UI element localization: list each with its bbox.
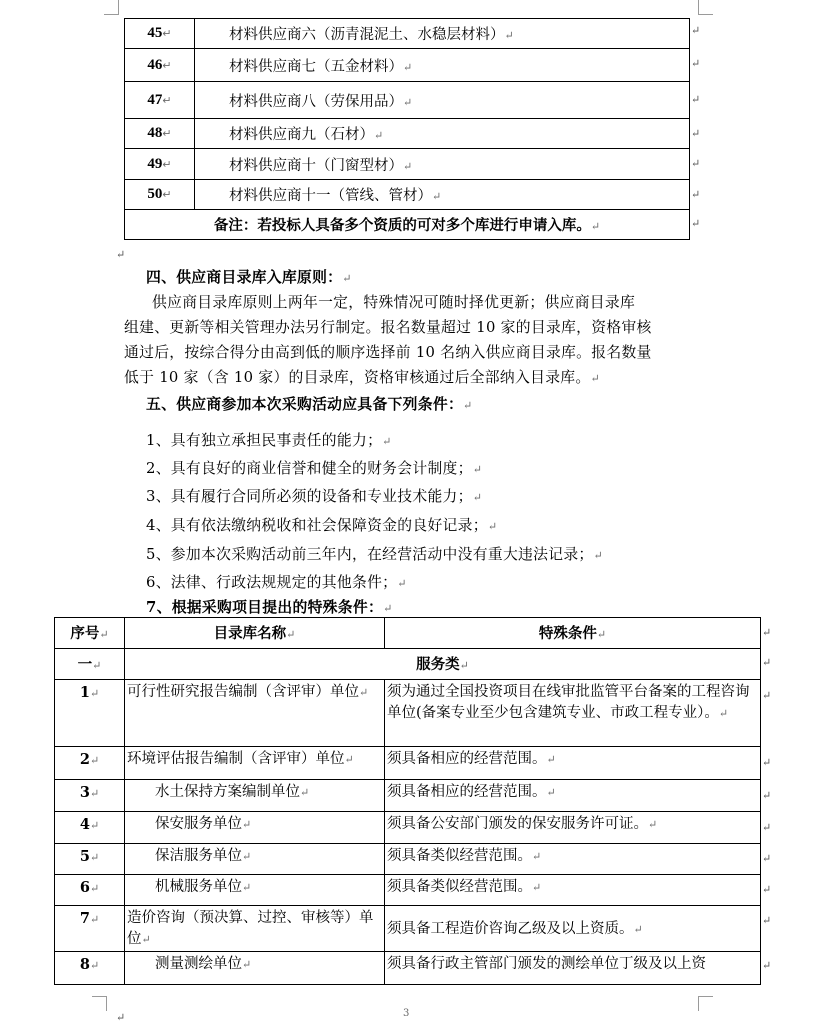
section5-heading: 五、供应商参加本次采购活动应具备下列条件：↵ xyxy=(146,393,473,414)
section4-line: 供应商目录库原则上两年一定，特殊情况可随时择优更新；供应商目录库 xyxy=(152,291,635,312)
section7-heading: 7、根据采购项目提出的特殊条件：↵ xyxy=(146,596,393,617)
row-number: 48 xyxy=(147,125,162,141)
catalog-name: 造价咨询（预决算、过控、审核等）单位 xyxy=(127,910,374,947)
special-condition: 须具备类似经营范围。 xyxy=(387,879,532,895)
table-note-row: 备注：若投标人具备多个资质的可对多个库进行申请入库。↵ xyxy=(125,210,690,240)
condition-item: 6、法律、行政法规规定的其他条件；↵ xyxy=(146,571,407,592)
row-end-mark: ↵ xyxy=(691,158,700,169)
row-number: 46 xyxy=(147,57,162,73)
supplier-name: 材料供应商九（石材） xyxy=(229,127,374,143)
special-condition: 须为通过全国投资项目在线审批监管平台备案的工程咨询单位(备案专业至少包含建筑专业… xyxy=(387,684,750,721)
group-row: 一↵ 服务类↵ xyxy=(55,649,761,680)
table-row: 50↵ 材料供应商十一（管线、管材）↵ xyxy=(125,180,690,210)
catalog-name: 保洁服务单位 xyxy=(155,848,242,864)
row-end-mark: ↵ xyxy=(762,822,771,833)
table-row: 47↵ 材料供应商八（劳保用品）↵ xyxy=(125,82,690,119)
row-end-mark: ↵ xyxy=(762,790,771,801)
supplier-name: 材料供应商八（劳保用品） xyxy=(229,94,403,110)
row-end-mark: ↵ xyxy=(691,58,700,69)
table-row: 49↵ 材料供应商十（门窗型材）↵ xyxy=(125,149,690,180)
condition-item: 5、参加本次采购活动前三年内，在经营活动中没有重大违法记录；↵ xyxy=(146,543,603,564)
supplier-name: 材料供应商六（沥青混泥土、水稳层材料） xyxy=(229,27,505,43)
row-number: 49 xyxy=(147,156,162,172)
section4-line: 组建、更新等相关管理办法另行制定。报名数量超过 10 家的目录库，资格审核 xyxy=(124,316,652,337)
row-end-mark: ↵ xyxy=(762,960,771,971)
catalog-name: 测量测绘单位 xyxy=(155,956,242,972)
row-end-mark: ↵ xyxy=(762,853,771,864)
special-condition: 须具备类似经营范围。 xyxy=(387,848,532,864)
row-end-mark: ↵ xyxy=(691,189,700,200)
row-number: 45 xyxy=(147,25,162,41)
table-row: 8↵ 测量测绘单位↵ 须具备行政主管部门颁发的测绘单位丁级及以上资 xyxy=(55,952,761,985)
table-row: 48↵ 材料供应商九（石材）↵ xyxy=(125,119,690,149)
table-note: 备注：若投标人具备多个资质的可对多个库进行申请入库。 xyxy=(214,217,591,234)
header-num: 序号↵ xyxy=(55,618,125,649)
catalog-name: 可行性研究报告编制（含评审）单位 xyxy=(127,684,359,700)
special-condition: 须具备相应的经营范围。 xyxy=(387,784,547,800)
table-row: 7↵ 造价咨询（预决算、过控、审核等）单位↵ 须具备工程造价咨询乙级及以上资质。… xyxy=(55,906,761,952)
row-end-mark: ↵ xyxy=(762,627,771,638)
crop-mark-bottom-right xyxy=(698,996,713,1011)
row-end-mark: ↵ xyxy=(691,25,700,36)
table-row: 1↵ 可行性研究报告编制（含评审）单位↵ 须为通过全国投资项目在线审批监管平台备… xyxy=(55,680,761,747)
condition-item: 4、具有依法缴纳税收和社会保障资金的良好记录；↵ xyxy=(146,514,497,535)
table-row: 45↵ 材料供应商六（沥青混泥土、水稳层材料）↵ xyxy=(125,19,690,49)
supplier-name: 材料供应商十一（管线、管材） xyxy=(229,188,432,204)
table-row: 46↵ 材料供应商七（五金材料）↵ xyxy=(125,49,690,82)
row-end-mark: ↵ xyxy=(762,657,771,668)
special-conditions-table: 序号↵ 目录库名称↵ 特殊条件↵ 一↵ 服务类↵ 1↵ 可行性研究报告编制（含评… xyxy=(54,617,761,985)
paragraph-mark: ↵ xyxy=(116,249,125,260)
supplier-name: 材料供应商七（五金材料） xyxy=(229,59,403,75)
table-row: 3↵ 水土保持方案编制单位↵ 须具备相应的经营范围。↵ xyxy=(55,780,761,812)
catalog-name: 机械服务单位 xyxy=(155,879,242,895)
crop-mark-top-left xyxy=(104,0,119,15)
row-end-mark: ↵ xyxy=(762,757,771,768)
section4-heading: 四、供应商目录库入库原则：↵ xyxy=(146,266,352,287)
row-end-mark: ↵ xyxy=(691,94,700,105)
row-end-mark: ↵ xyxy=(691,218,700,229)
catalog-name: 水土保持方案编制单位 xyxy=(155,784,300,800)
condition-item: 2、具有良好的商业信誉和健全的财务会计制度；↵ xyxy=(146,457,482,478)
special-condition: 须具备公安部门颁发的保安服务许可证。 xyxy=(387,816,648,832)
row-number: 50 xyxy=(147,186,162,202)
table-row: 5↵ 保洁服务单位↵ 须具备类似经营范围。↵ xyxy=(55,844,761,875)
crop-mark-bottom-left xyxy=(92,996,107,1011)
table-row: 6↵ 机械服务单位↵ 须具备类似经营范围。↵ xyxy=(55,875,761,906)
row-end-mark: ↵ xyxy=(691,128,700,139)
row-number: 47 xyxy=(147,92,162,108)
table-row: 2↵ 环境评估报告编制（含评审）单位↵ 须具备相应的经营范围。↵ xyxy=(55,747,761,780)
section4-line: 通过后，按综合得分由高到低的顺序选择前 10 名纳入供应商目录库。报名数量 xyxy=(124,341,652,362)
row-end-mark: ↵ xyxy=(762,884,771,895)
row-end-mark: ↵ xyxy=(762,915,771,926)
condition-item: 1、具有独立承担民事责任的能力；↵ xyxy=(146,429,392,450)
header-condition: 特殊条件↵ xyxy=(385,618,761,649)
row-end-mark: ↵ xyxy=(762,690,771,701)
table-row: 4↵ 保安服务单位↵ 须具备公安部门颁发的保安服务许可证。↵ xyxy=(55,812,761,844)
crop-mark-top-right xyxy=(698,0,713,15)
special-condition: 须具备工程造价咨询乙级及以上资质。 xyxy=(387,921,634,937)
catalog-name: 保安服务单位 xyxy=(155,816,242,832)
supplier-name: 材料供应商十（门窗型材） xyxy=(229,158,403,174)
condition-item: 3、具有履行合同所必须的设备和专业技术能力；↵ xyxy=(146,485,482,506)
group-label: 服务类 xyxy=(416,656,460,673)
section4-line: 低于 10 家（含 10 家）的目录库，资格审核通过后全部纳入目录库。↵ xyxy=(124,366,600,387)
group-number: 一 xyxy=(78,656,93,673)
special-condition: 须具备行政主管部门颁发的测绘单位丁级及以上资 xyxy=(387,956,706,972)
supplier-table: 45↵ 材料供应商六（沥青混泥土、水稳层材料）↵ 46↵ 材料供应商七（五金材料… xyxy=(124,18,690,240)
page-number: 3 xyxy=(403,1008,409,1019)
special-condition: 须具备相应的经营范围。 xyxy=(387,751,547,767)
header-name: 目录库名称↵ xyxy=(125,618,385,649)
table-header-row: 序号↵ 目录库名称↵ 特殊条件↵ xyxy=(55,618,761,649)
catalog-name: 环境评估报告编制（含评审）单位 xyxy=(127,751,345,767)
paragraph-mark: ↵ xyxy=(116,1012,125,1023)
